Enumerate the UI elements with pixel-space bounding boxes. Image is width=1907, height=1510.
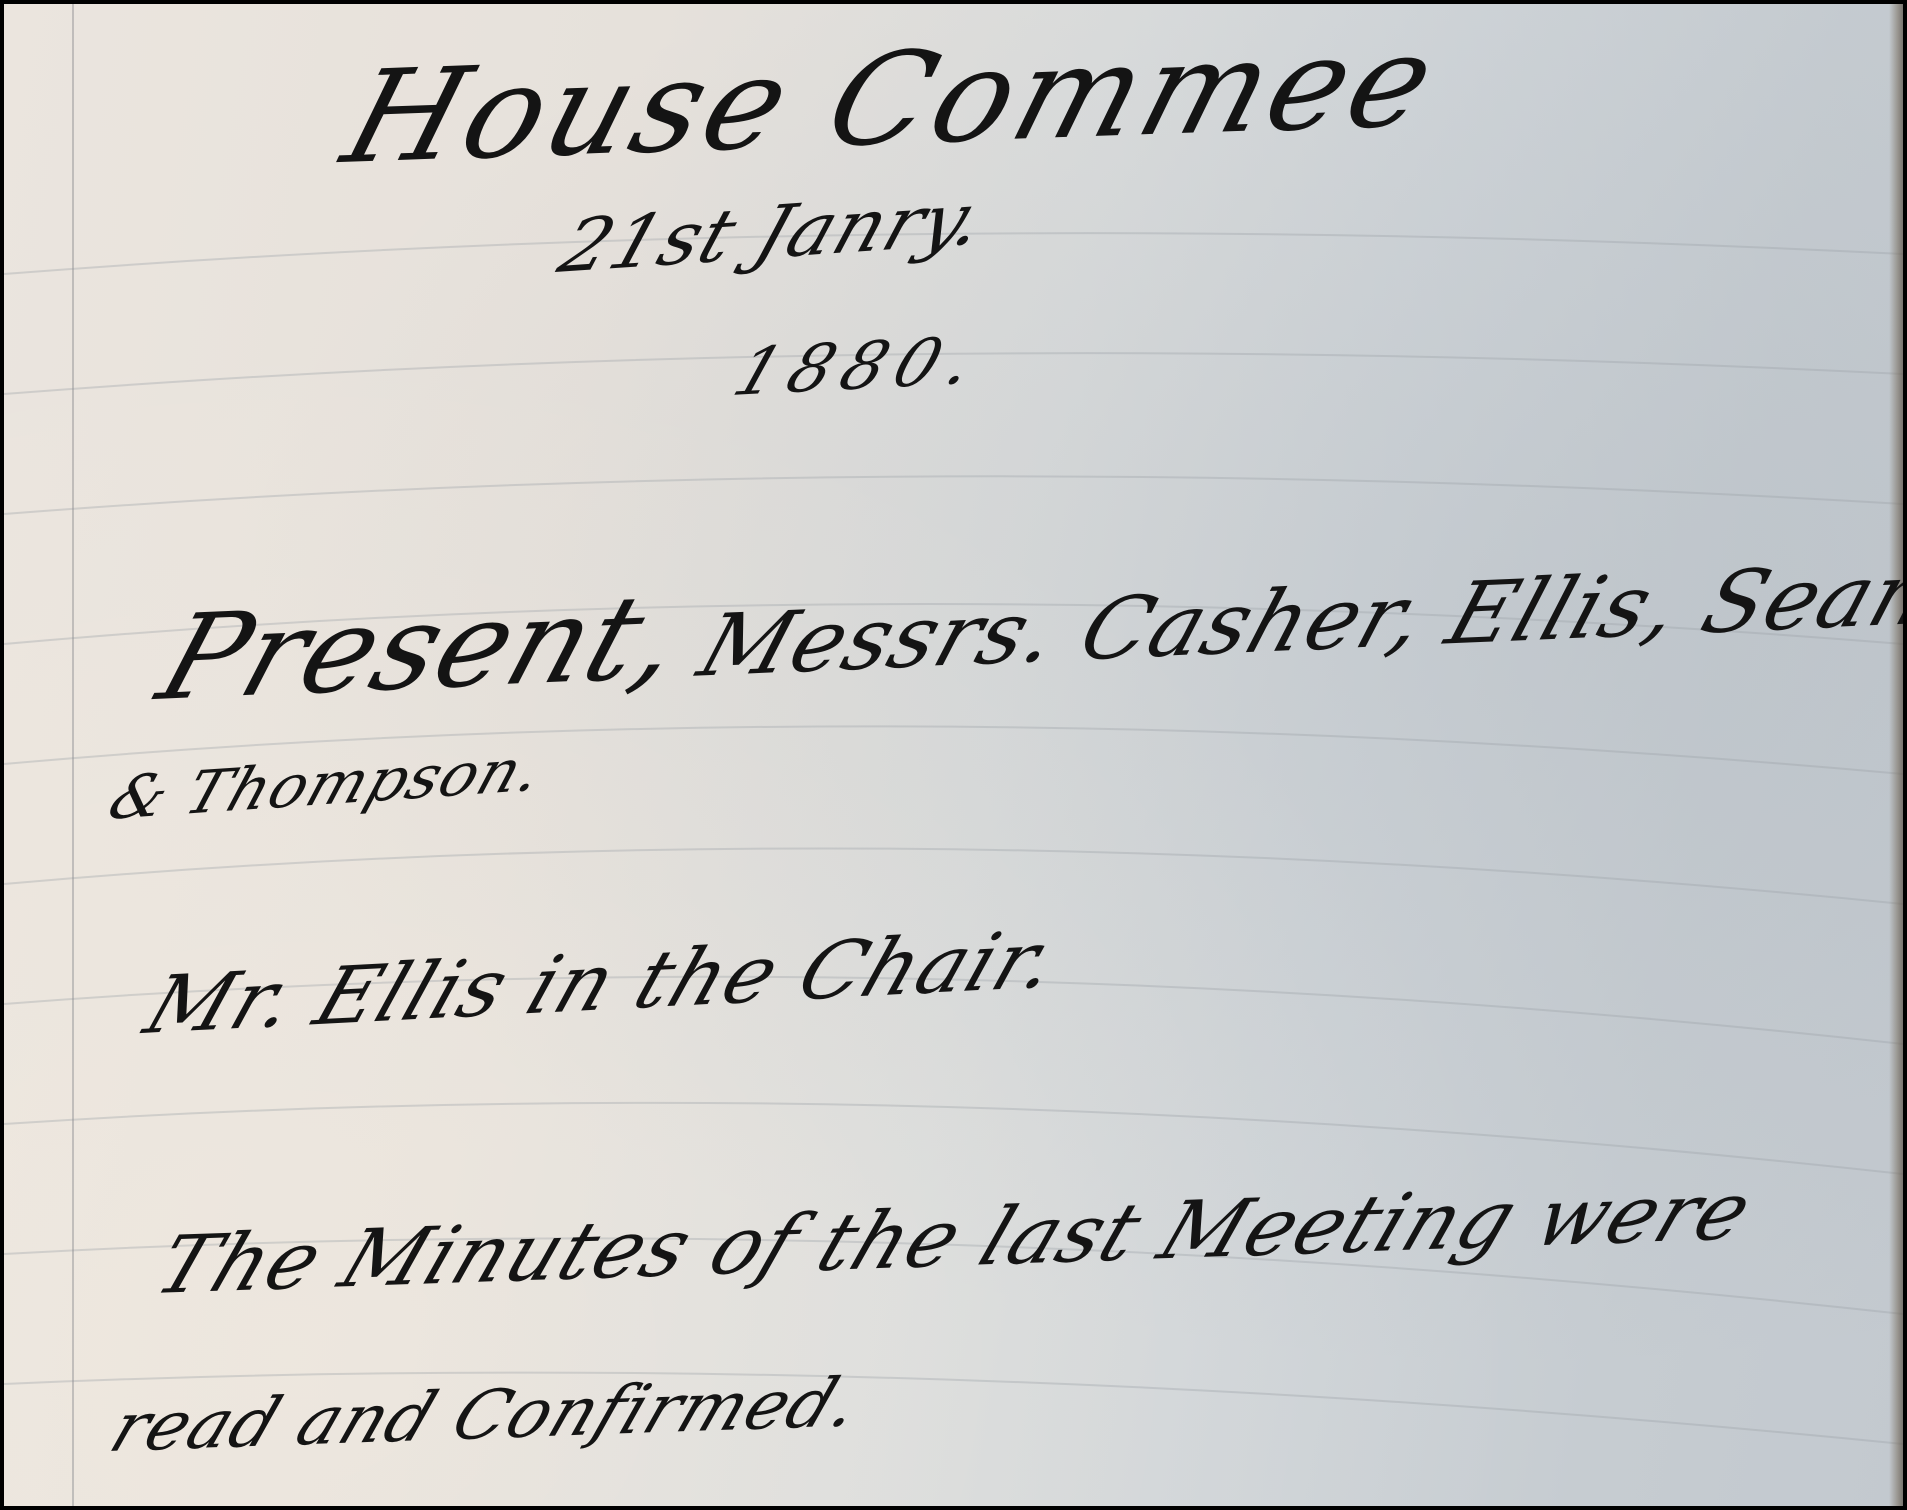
- present-label: Present,: [144, 567, 701, 727]
- margin-line: [72, 4, 74, 1506]
- document-page: House Commee 21st Janry. 1880. Present, …: [4, 4, 1903, 1506]
- page-edge: [1889, 4, 1903, 1506]
- heading-year: 1880.: [724, 322, 995, 411]
